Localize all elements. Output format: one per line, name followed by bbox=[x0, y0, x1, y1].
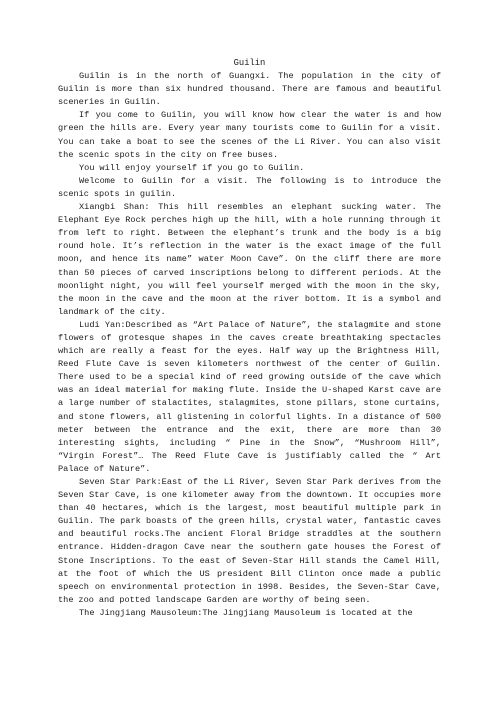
paragraph-jingjiang-mausoleum: The Jingjiang Mausoleum:The Jingjiang Ma… bbox=[58, 607, 441, 620]
paragraph-welcome: Welcome to Guilin for a visit. The follo… bbox=[58, 175, 441, 201]
paragraph-xiangbi-shan: Xiangbi Shan: This hill resembles an ele… bbox=[58, 201, 441, 319]
document-page: Guilin Guilin is in the north of Guangxi… bbox=[58, 57, 441, 620]
paragraph-invitation: If you come to Guilin, you will know how… bbox=[58, 109, 441, 161]
paragraph-enjoy: You will enjoy yourself if you go to Gui… bbox=[58, 162, 441, 175]
paragraph-seven-star-park: Seven Star Park:East of the Li River, Se… bbox=[58, 476, 441, 607]
document-title: Guilin bbox=[58, 57, 441, 70]
paragraph-overview: Guilin is in the north of Guangxi. The p… bbox=[58, 70, 441, 109]
paragraph-ludi-yan: Ludi Yan:Described as “Art Palace of Nat… bbox=[58, 319, 441, 476]
